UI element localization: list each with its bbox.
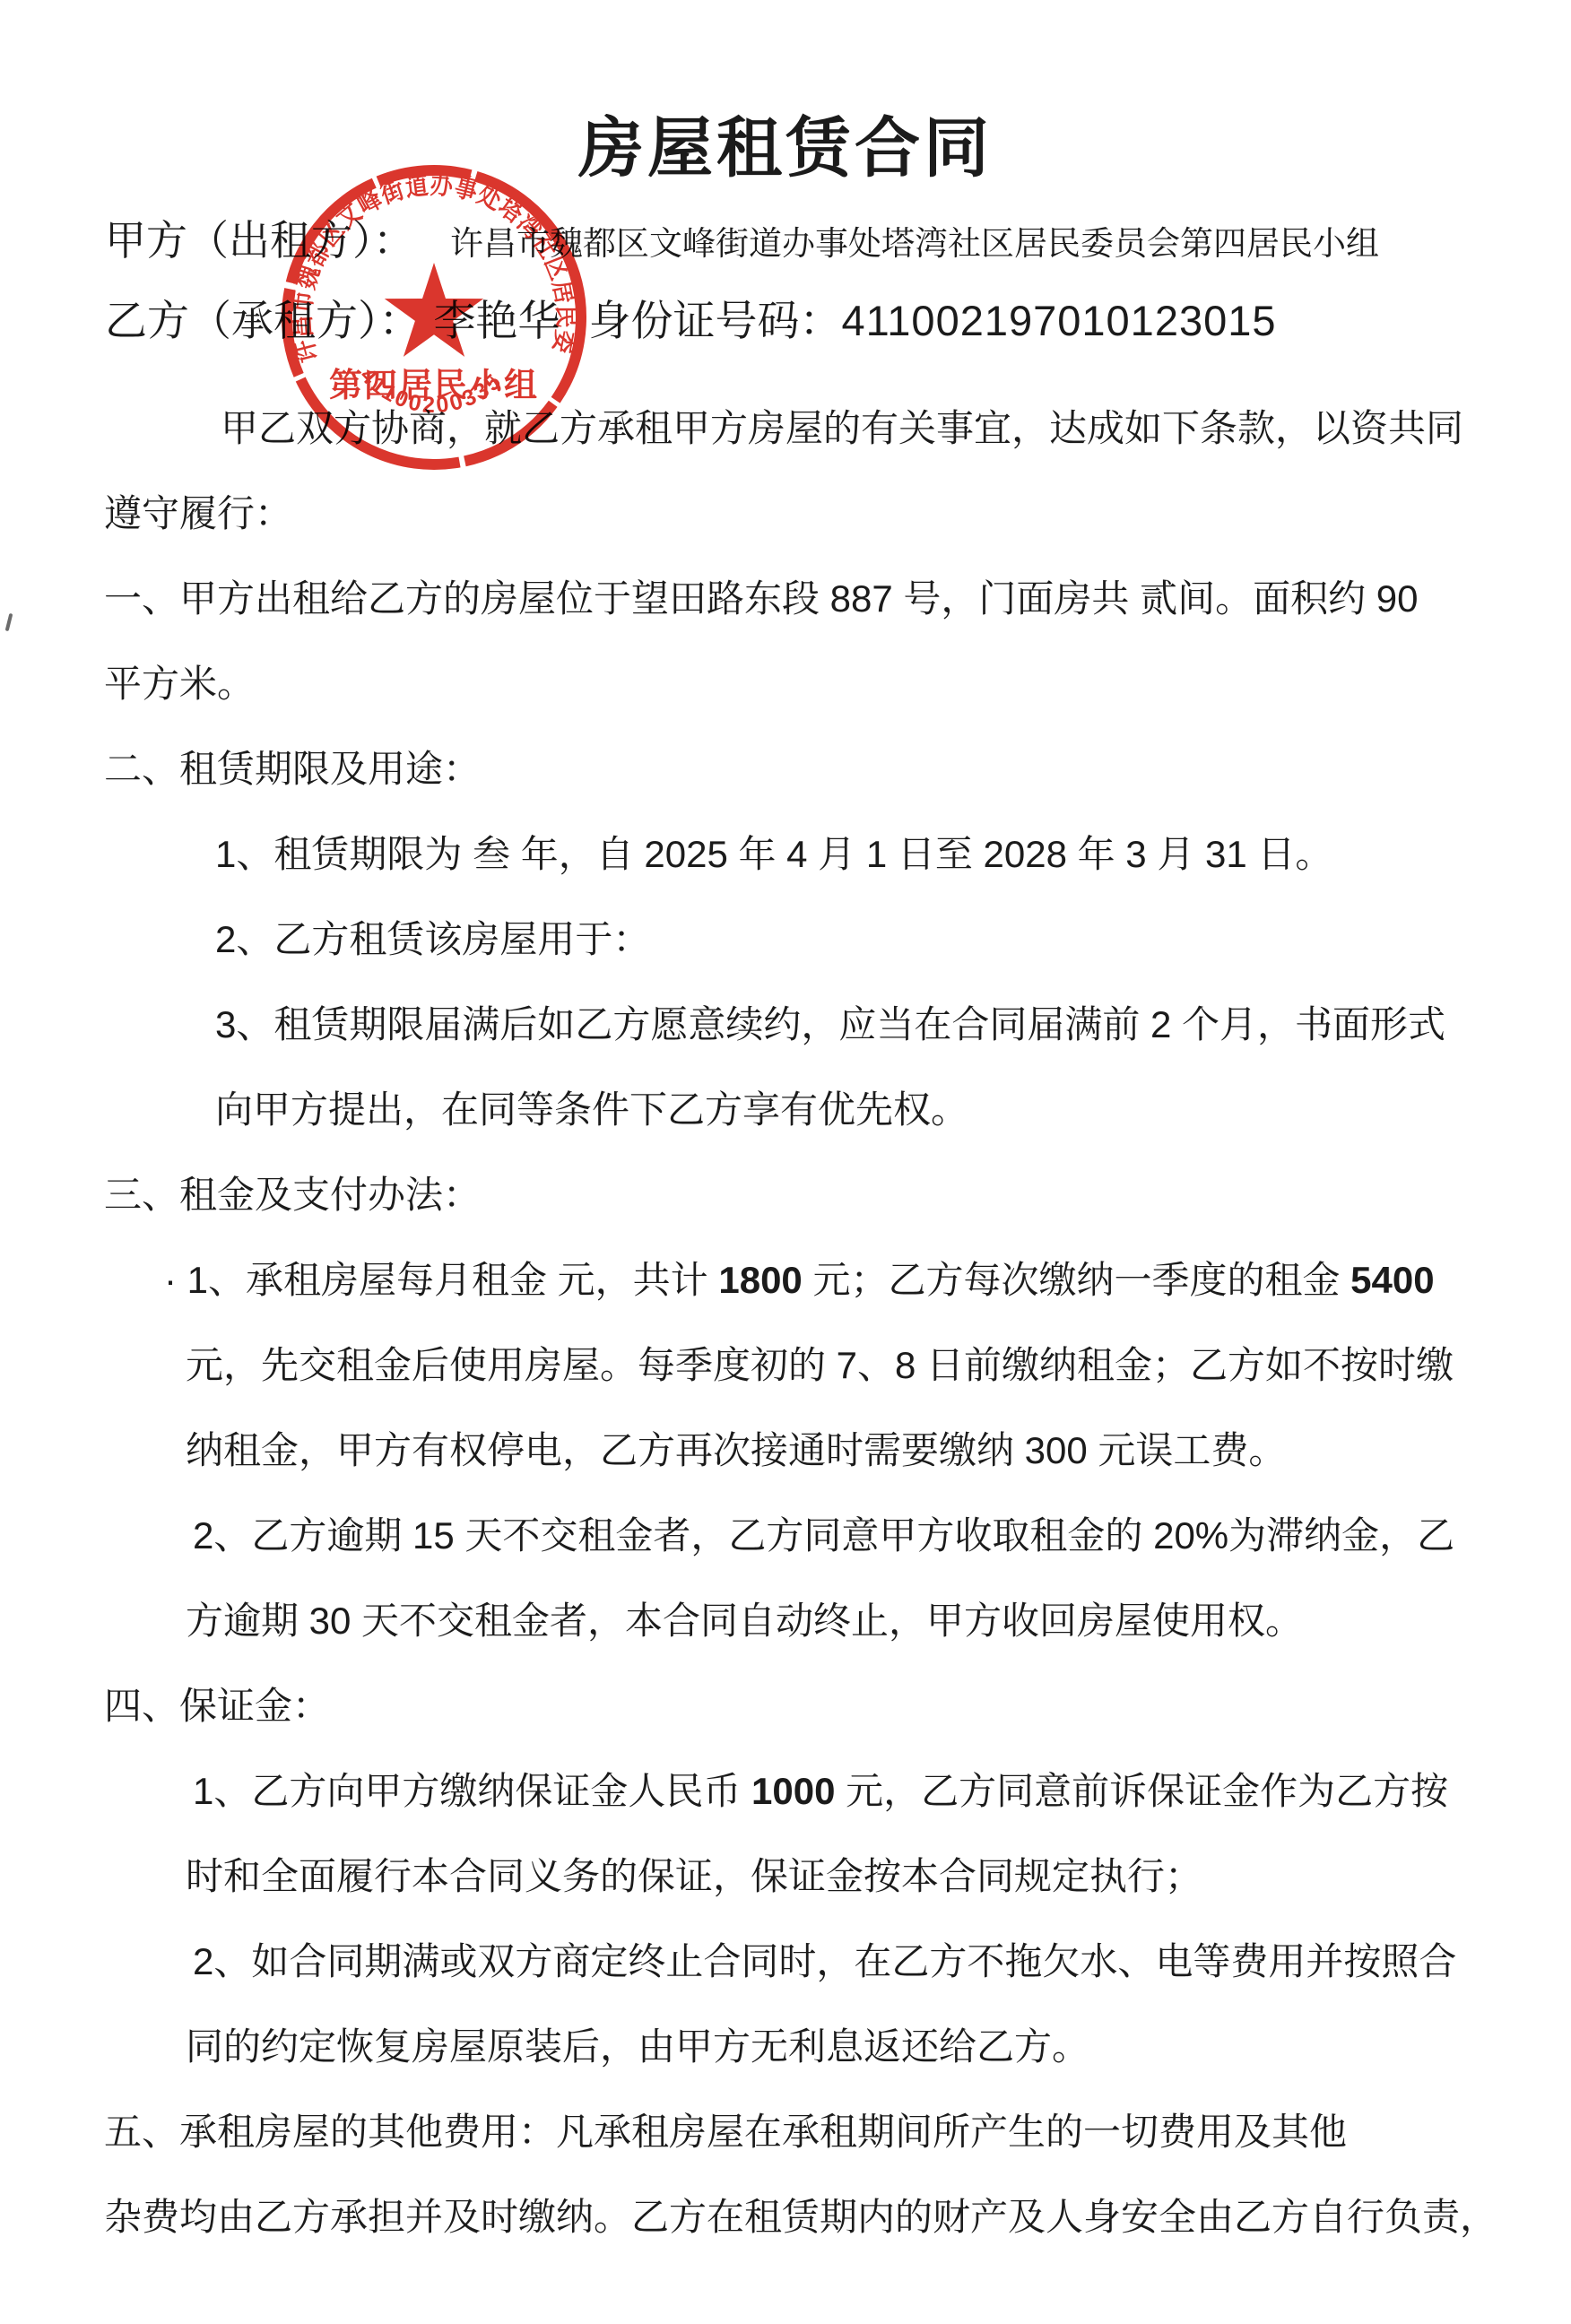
body-line: 向甲方提出，在同等条件下乙方享有优先权。 bbox=[0, 1067, 1571, 1152]
body-text: 元，先交租金后使用房屋。每季度初的 7、8 日前缴纳租金；乙方如不按时缴 bbox=[186, 1344, 1454, 1386]
body-text: 元，乙方同意前诉保证金作为乙方按 bbox=[835, 1770, 1448, 1812]
contract-page: 房屋租赁合同 甲方（出租方）：许昌市魏都区文峰街道办事处塔湾社区居民委员会第四居… bbox=[0, 0, 1571, 2324]
body-line: 1、租赁期限为 叁 年，自 2025 年 4 月 1 日至 2028 年 3 月… bbox=[0, 811, 1571, 897]
body-line: 四、保证金： bbox=[0, 1663, 1571, 1748]
body-line: · 1、承租房屋每月租金 元，共计 1800 元；乙方每次缴纳一季度的租金 54… bbox=[0, 1237, 1571, 1322]
body-line: 2、如合同期满或双方商定终止合同时，在乙方不拖欠水、电等费用并按照合 bbox=[0, 1919, 1571, 2004]
document-title: 房屋租赁合同 bbox=[0, 111, 1571, 186]
party-a-label: 甲方（出租方）： bbox=[105, 217, 414, 264]
body-line: 时和全面履行本合同义务的保证，保证金按本合同规定执行； bbox=[0, 1834, 1571, 1919]
body-text: 同的约定恢复房屋原装后，由甲方无利息返还给乙方。 bbox=[186, 2025, 1089, 2068]
body-line: 方逾期 30 天不交租金者，本合同自动终止，甲方收回房屋使用权。 bbox=[0, 1578, 1571, 1663]
body-line: 元，先交租金后使用房屋。每季度初的 7、8 日前缴纳租金；乙方如不按时缴 bbox=[0, 1322, 1571, 1408]
body-text: 元；乙方每次缴纳一季度的租金 bbox=[803, 1259, 1350, 1301]
body-line: 1、乙方向甲方缴纳保证金人民币 1000 元，乙方同意前诉保证金作为乙方按 bbox=[0, 1748, 1571, 1834]
body-text: 纳租金，甲方有权停电，乙方再次接通时需要缴纳 300 元误工费。 bbox=[186, 1429, 1286, 1471]
party-a-line: 甲方（出租方）：许昌市魏都区文峰街道办事处塔湾社区居民委员会第四居民小组 bbox=[105, 213, 1379, 271]
party-b-label: 乙方（承租方）： bbox=[105, 297, 421, 344]
body-text: 2、乙方租赁该房屋用于： bbox=[215, 918, 650, 960]
body-text: 甲乙双方协商，就乙方承租甲方房屋的有关事宜，达成如下条款，以资共同 bbox=[221, 407, 1463, 449]
body-text: 2、如合同期满或双方商定终止合同时，在乙方不拖欠水、电等费用并按照合 bbox=[193, 1940, 1456, 1982]
body-line: 杂费均由乙方承担并及时缴纳。乙方在租赁期内的财产及人身安全由乙方自行负责， bbox=[0, 2174, 1571, 2259]
body-text: 一、甲方出租给乙方的房屋位于望田路东段 887 号，门面房共 贰间。面积约 90 bbox=[104, 577, 1418, 620]
body-text: 杂费均由乙方承担并及时缴纳。乙方在租赁期内的财产及人身安全由乙方自行负责， bbox=[104, 2196, 1497, 2238]
highlighted-amount: 1000 bbox=[751, 1770, 835, 1812]
body-text: 时和全面履行本合同义务的保证，保证金按本合同规定执行； bbox=[186, 1855, 1202, 1897]
body-line: 平方米。 bbox=[0, 641, 1571, 726]
party-a-value: 许昌市魏都区文峰街道办事处塔湾社区居民委员会第四居民小组 bbox=[450, 225, 1379, 262]
body-text: 向甲方提出，在同等条件下乙方享有优先权。 bbox=[215, 1088, 968, 1131]
body-line: 2、乙方租赁该房屋用于： bbox=[0, 897, 1571, 982]
body-line: 二、租赁期限及用途： bbox=[0, 726, 1571, 811]
party-b-id-label: 身份证号码： bbox=[589, 297, 842, 344]
body-line: 纳租金，甲方有权停电，乙方再次接通时需要缴纳 300 元误工费。 bbox=[0, 1408, 1571, 1493]
highlighted-amount: 5400 bbox=[1350, 1259, 1434, 1301]
body-line: 遵守履行： bbox=[0, 471, 1571, 556]
body-text: 1、租赁期限为 叁 年，自 2025 年 4 月 1 日至 2028 年 3 月… bbox=[215, 833, 1332, 875]
body-text: 三、租金及支付办法： bbox=[104, 1174, 481, 1216]
body-line: 同的约定恢复房屋原装后，由甲方无利息返还给乙方。 bbox=[0, 2004, 1571, 2089]
body-text: 1、乙方向甲方缴纳保证金人民币 bbox=[193, 1770, 751, 1812]
body-line: 一、甲方出租给乙方的房屋位于望田路东段 887 号，门面房共 贰间。面积约 90 bbox=[0, 556, 1571, 641]
body-text: 3、租赁期限届满后如乙方愿意续约，应当在合同届满前 2 个月，书面形式 bbox=[215, 1003, 1445, 1045]
body-line: 3、租赁期限届满后如乙方愿意续约，应当在合同届满前 2 个月，书面形式 bbox=[0, 982, 1571, 1067]
body-line: 三、租金及支付办法： bbox=[0, 1152, 1571, 1237]
party-b-name: 李艳华 bbox=[434, 297, 560, 344]
party-b-id-number: 411002197010123015 bbox=[842, 297, 1277, 344]
body-line: 2、乙方逾期 15 天不交租金者，乙方同意甲方收取租金的 20%为滞纳金，乙 bbox=[0, 1493, 1571, 1578]
body-text: 方逾期 30 天不交租金者，本合同自动终止，甲方收回房屋使用权。 bbox=[186, 1600, 1303, 1642]
contract-body: 甲乙双方协商，就乙方承租甲方房屋的有关事宜，达成如下条款，以资共同遵守履行：一、… bbox=[0, 386, 1571, 2259]
body-line: 五、承租房屋的其他费用：凡承租房屋在承租期间所产生的一切费用及其他 bbox=[0, 2089, 1571, 2174]
body-text: 遵守履行： bbox=[104, 492, 292, 534]
body-text: · 1、承租房屋每月租金 元，共计 bbox=[164, 1259, 718, 1301]
body-text: 二、租赁期限及用途： bbox=[104, 748, 481, 790]
party-b-line: 乙方（承租方）：李艳华身份证号码：411002197010123015 bbox=[105, 292, 1277, 350]
body-text: 2、乙方逾期 15 天不交租金者，乙方同意甲方收取租金的 20%为滞纳金，乙 bbox=[193, 1514, 1454, 1557]
body-text: 平方米。 bbox=[104, 663, 255, 705]
highlighted-amount: 1800 bbox=[718, 1259, 802, 1301]
body-text: 五、承租房屋的其他费用：凡承租房屋在承租期间所产生的一切费用及其他 bbox=[104, 2111, 1347, 2153]
body-line: 甲乙双方协商，就乙方承租甲方房屋的有关事宜，达成如下条款，以资共同 bbox=[0, 386, 1571, 471]
body-text: 四、保证金： bbox=[104, 1685, 330, 1727]
